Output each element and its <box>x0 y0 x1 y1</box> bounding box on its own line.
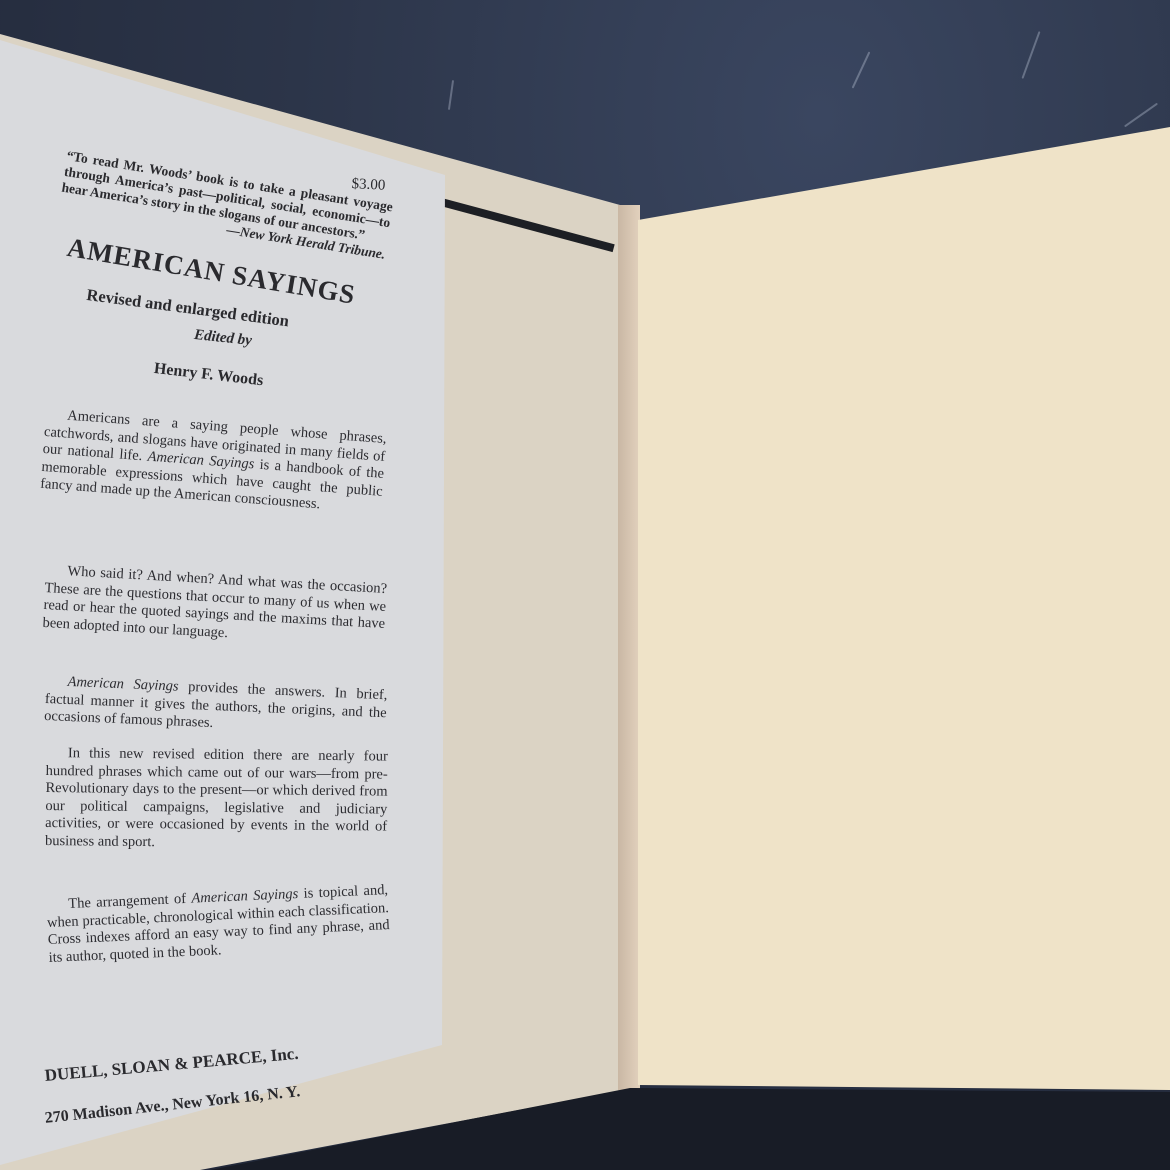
description-paragraph: In this new revised edition there are ne… <box>45 745 388 854</box>
editor-name: Henry F. Woods <box>153 360 264 390</box>
price-label: $3.00 <box>351 176 386 195</box>
description-paragraph: American Sayings provides the answers. I… <box>44 673 388 740</box>
description-paragraph: Americans are a saying people whose phra… <box>40 406 388 519</box>
edited-by-label: Edited by <box>193 327 252 350</box>
flap-content: $3.00 “To read Mr. Woods’ book is to tak… <box>0 0 1170 1170</box>
description-paragraph: The arrangement of American Sayings is t… <box>46 882 391 967</box>
paragraph-text: Who said it? And when? And what was the … <box>42 563 387 641</box>
paragraph-text: In this new revised edition there are ne… <box>45 745 388 850</box>
publisher-name: DUELL, SLOAN & PEARCE, Inc. <box>44 1044 299 1086</box>
description-paragraph: Who said it? And when? And what was the … <box>42 562 387 651</box>
publisher-address: 270 Madison Ave., New York 16, N. Y. <box>44 1083 301 1128</box>
